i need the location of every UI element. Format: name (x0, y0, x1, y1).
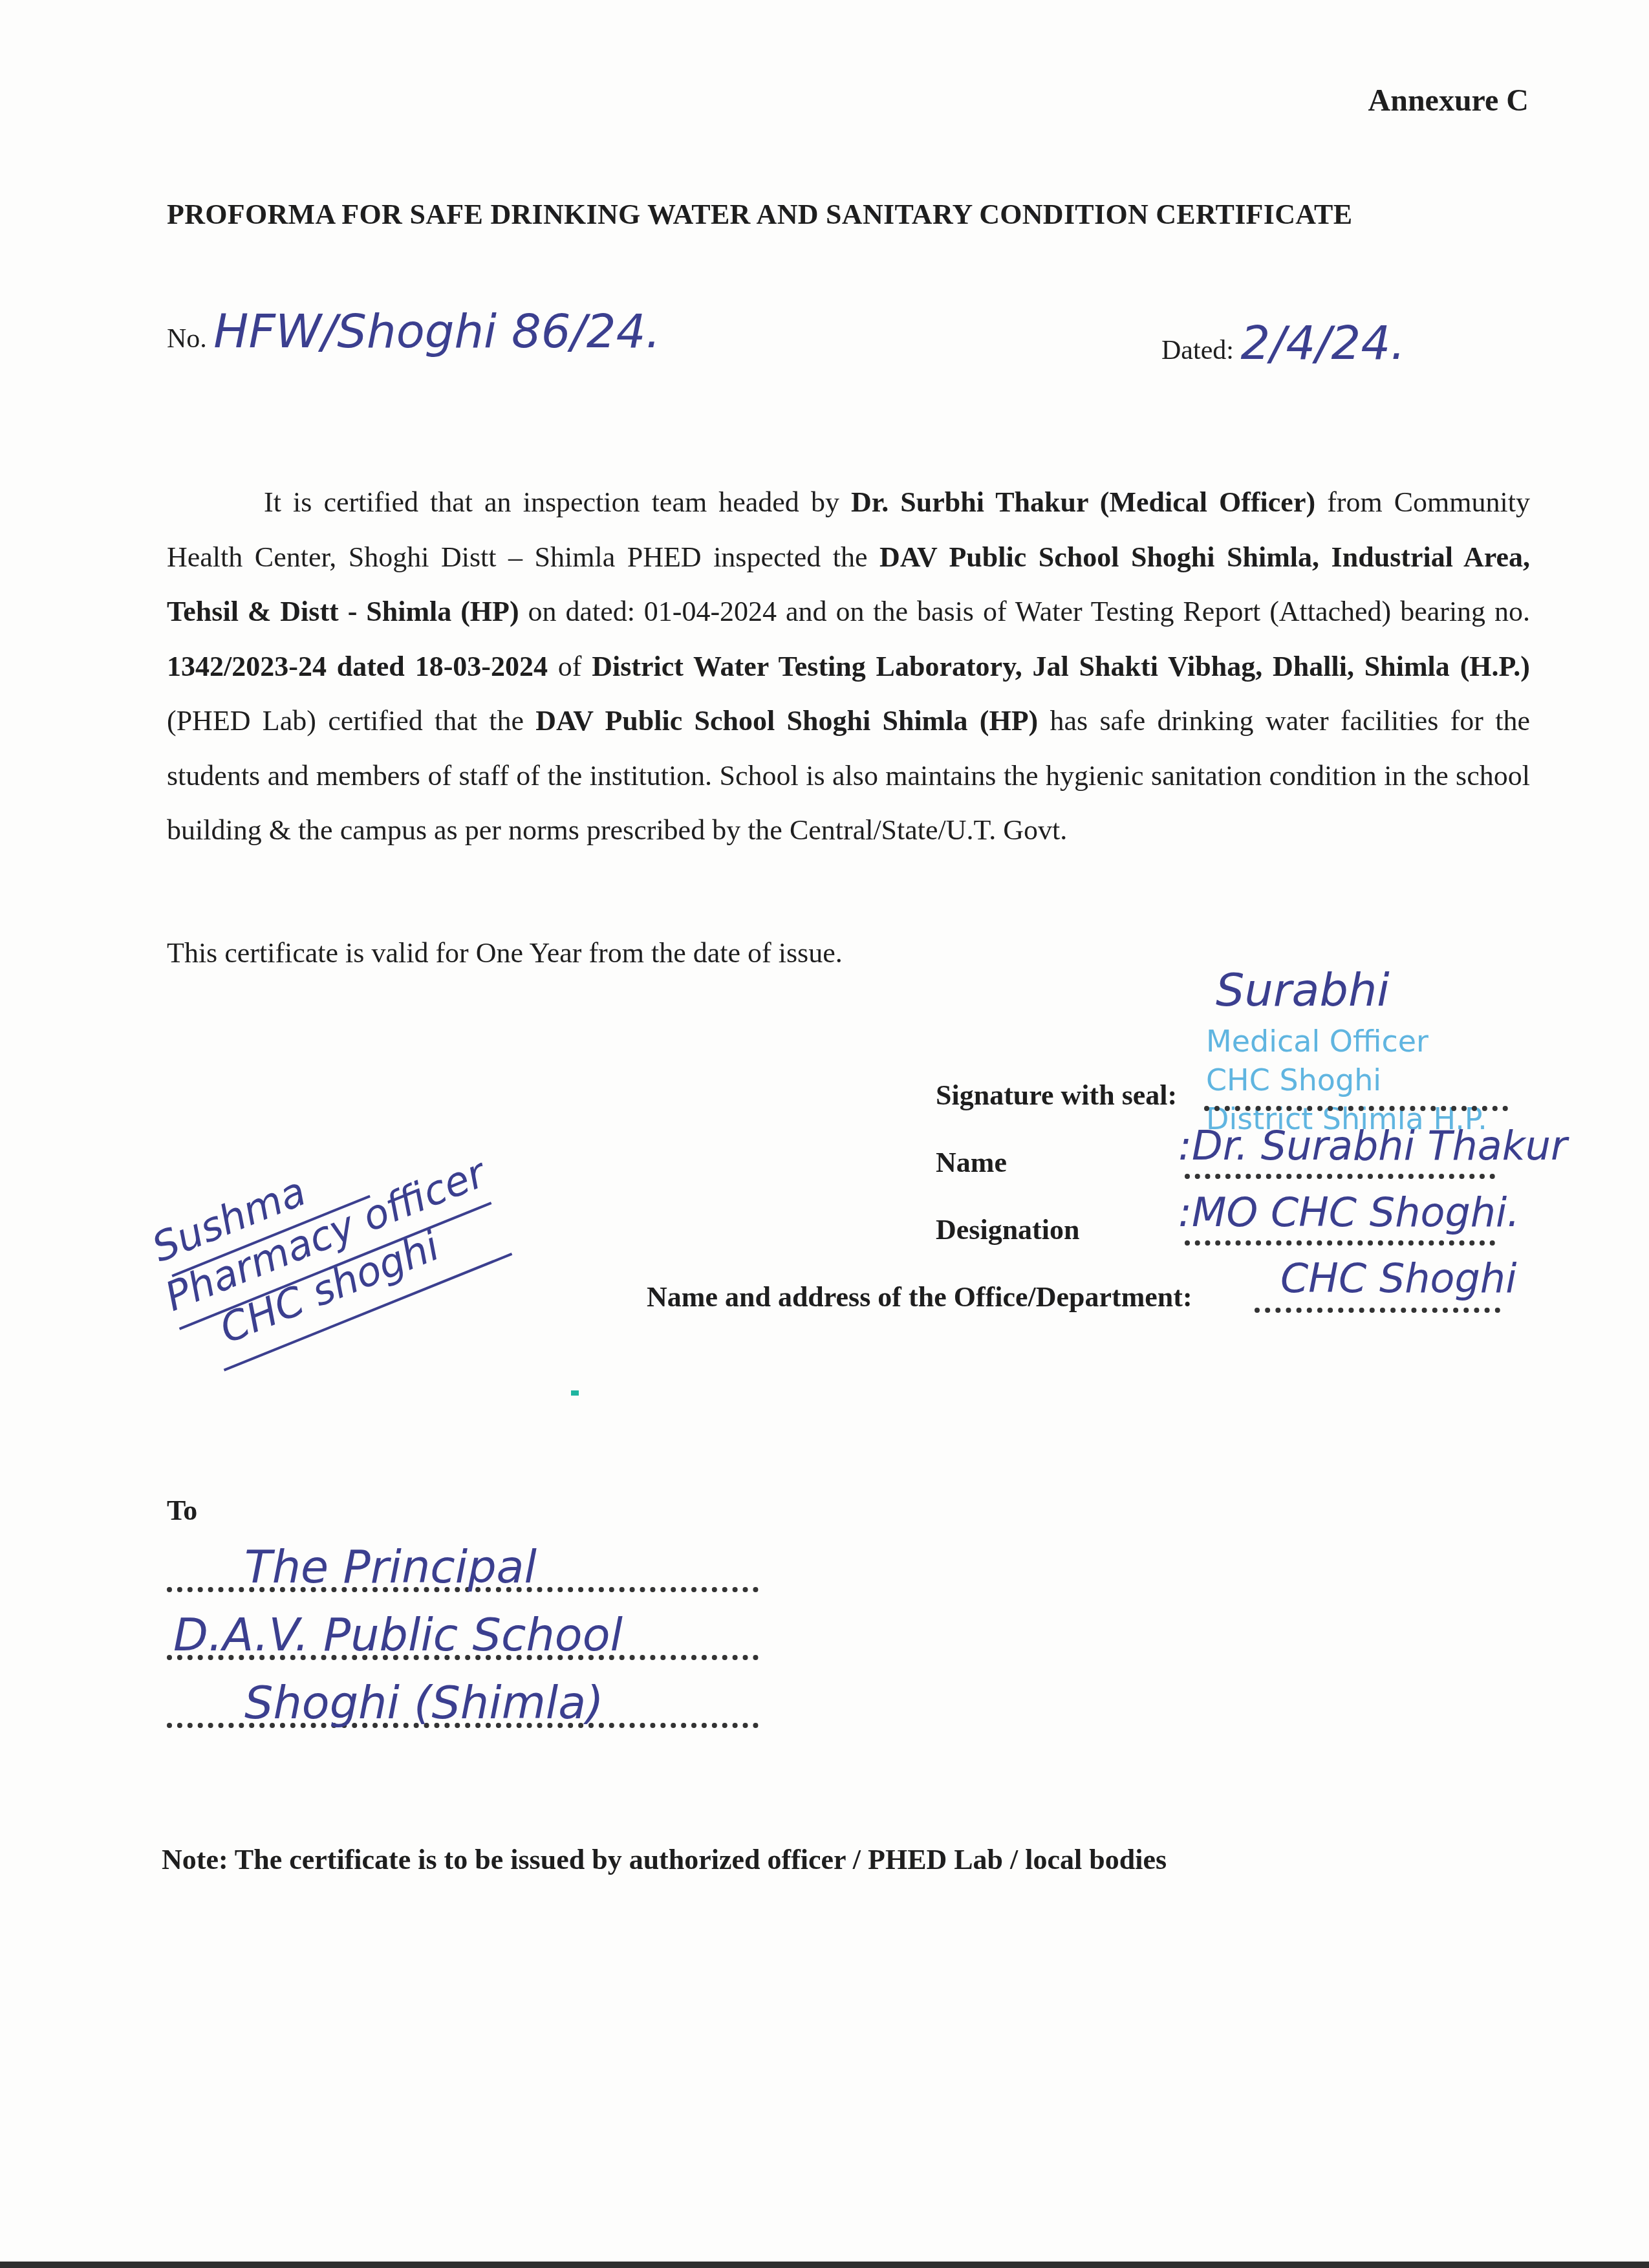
recipient-text: D.A.V. Public School (173, 1608, 623, 1661)
signature-scrawl: Surabhi (1216, 964, 1390, 1017)
validity-statement: This certificate is valid for One Year f… (167, 936, 843, 969)
body-text: (PHED Lab) certified that the (167, 705, 535, 737)
office-value: CHC Shoghi (1280, 1255, 1516, 1302)
scan-edge (0, 2262, 1649, 2268)
inspector-name: Dr. Surbhi Thakur (Medical Officer) (851, 486, 1315, 518)
lab-name: District Water Testing Laboratory, Jal S… (592, 651, 1530, 682)
signature-block: Surabhi Medical Officer CHC Shoghi Distr… (647, 983, 1649, 1345)
body-text: on dated: 01-04-2024 and on the basis of… (519, 596, 1530, 627)
reference-date-label: Dated: (1161, 336, 1234, 365)
office-dots (1255, 1308, 1500, 1313)
recipient-text: Shoghi (Shimla) (244, 1676, 604, 1729)
recipient-line: D.A.V. Public School (167, 1607, 759, 1665)
ink-speck (571, 1390, 579, 1396)
official-seal: Medical Officer CHC Shoghi District Shim… (1206, 1022, 1487, 1138)
name-value: :Dr. Surabhi Thakur (1178, 1122, 1567, 1169)
designation-label: Designation (936, 1213, 1079, 1246)
name-label: Name (936, 1146, 1007, 1179)
reference-date: Dated: 2/4/24. (1161, 316, 1405, 370)
school-name: DAV Public School Shoghi Shimla (HP) (535, 705, 1038, 737)
reference-number-label: No. (167, 324, 207, 354)
recipient-text: The Principal (244, 1540, 537, 1593)
footer-note: Note: The certificate is to be issued by… (162, 1843, 1167, 1876)
body-text: It is certified that an inspection team … (264, 486, 851, 518)
body-text: of (548, 651, 592, 682)
signature-dots (1204, 1106, 1508, 1111)
designation-value: :MO CHC Shoghi. (1178, 1189, 1520, 1236)
pharmacy-officer-note: Sushma Pharmacy officer CHC shoghi (139, 1093, 562, 1445)
designation-dots (1185, 1240, 1495, 1246)
name-dots (1185, 1174, 1495, 1179)
report-reference: 1342/2023-24 dated 18-03-2024 (167, 651, 548, 682)
recipient-line: Shoghi (Shimla) (167, 1675, 759, 1733)
recipient-line: The Principal (167, 1539, 759, 1597)
certificate-title: PROFORMA FOR SAFE DRINKING WATER AND SAN… (167, 198, 1352, 231)
reference-number-value: HFW/Shoghi 86/24. (213, 304, 660, 358)
to-label: To (167, 1494, 197, 1527)
reference-number: No. HFW/Shoghi 86/24. (167, 304, 660, 358)
certificate-body: It is certified that an inspection team … (167, 475, 1530, 858)
seal-line: Medical Officer (1206, 1022, 1487, 1061)
office-label: Name and address of the Office/Departmen… (647, 1280, 1192, 1313)
reference-date-value: 2/4/24. (1240, 316, 1405, 370)
annexure-label: Annexure C (1368, 83, 1529, 118)
seal-line: CHC Shoghi (1206, 1061, 1487, 1099)
signature-label: Signature with seal: (936, 1079, 1177, 1112)
